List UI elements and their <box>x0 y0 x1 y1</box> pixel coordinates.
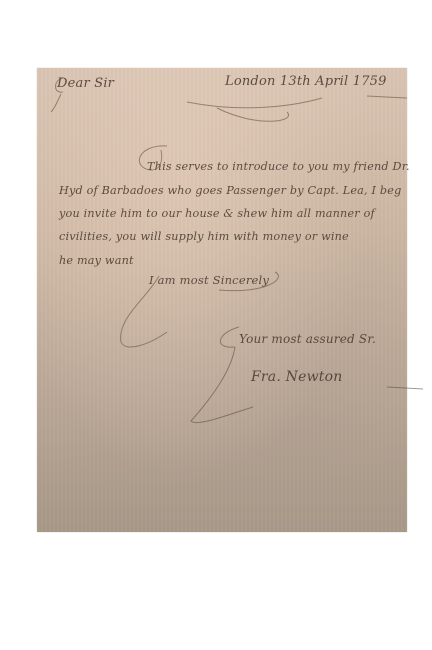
body-line-3: you invite him to our house & shew him a… <box>59 207 375 220</box>
body-line-1: This serves to introduce to you my frien… <box>147 160 410 173</box>
body-line-4: civilities, you will supply him with mon… <box>59 230 349 243</box>
body-line-2: Hyd of Barbadoes who goes Passenger by C… <box>59 184 401 197</box>
closing: I am most Sincerely <box>149 273 269 287</box>
signature: Fra. Newton <box>251 369 342 385</box>
image-stage: Dear Sir London 13th April 1759 This ser… <box>0 0 432 650</box>
salutation: Dear Sir <box>57 76 114 91</box>
valediction: Your most assured Sr. <box>239 332 376 346</box>
body-line-5: he may want <box>59 254 134 267</box>
dateline: London 13th April 1759 <box>225 74 387 89</box>
letter-paper: Dear Sir London 13th April 1759 This ser… <box>37 68 407 532</box>
